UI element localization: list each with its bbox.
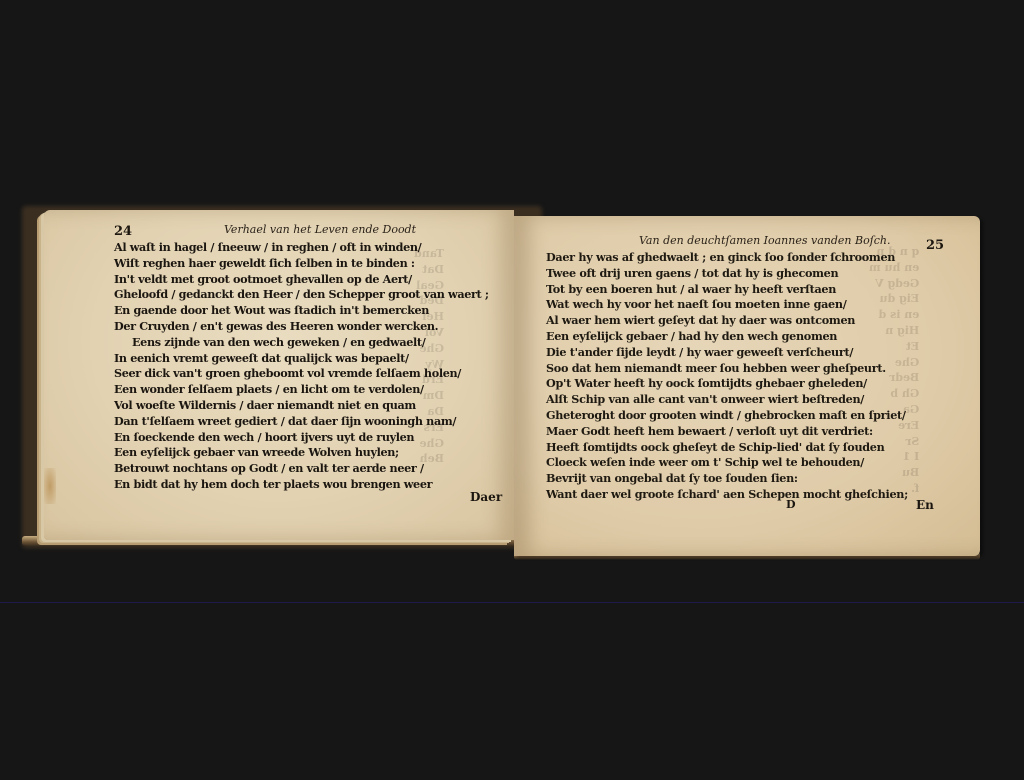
verse-line: Gheteroght door grooten windt / ghebrock… — [546, 408, 908, 424]
verse-line: Betrouwt nochtans op Godt / en valt ter … — [114, 461, 489, 477]
running-head: Van den deuchtſamen Ioannes vanden Boſch… — [639, 234, 891, 247]
verse-line: Daer hy was af ghedwaelt ; en ginck ſoo … — [546, 250, 908, 266]
signature-mark: D — [786, 498, 796, 511]
verse-line: In't veldt met groot ootmoet ghevallen o… — [114, 272, 489, 288]
verse-line: Eens zijnde van den wech geweken / en ge… — [114, 335, 489, 351]
verse-line: Op't Water heeft hy oock ſomtijdts gheba… — [546, 376, 908, 392]
verse-line: Wat wech hy voor het naeſt ſou moeten in… — [546, 297, 908, 313]
verse-line: Heeft ſomtijdts oock gheſeyt de Schip-li… — [546, 440, 908, 456]
left-page: TandDatGealDedHeiVolGheWyErdDmDaErsGheBe… — [44, 210, 514, 540]
verse-block: Al waſt in hagel / ſneeuw / in reghen / … — [114, 240, 489, 493]
open-book: TandDatGealDedHeiVolGheWyErdDmDaErsGheBe… — [22, 200, 984, 562]
verse-line: Al waer hem wiert geſeyt dat hy daer was… — [546, 313, 908, 329]
verse-line: Bevrijt van ongebal dat ſy toe ſouden ſi… — [546, 471, 908, 487]
verse-line: En bidt dat hy hem doch ter plaets wou b… — [114, 477, 489, 493]
page-number: 24 — [114, 224, 132, 239]
verse-line: Cloeck weſen inde weer om t' Schip wel t… — [546, 455, 908, 471]
verse-line: Een wonder ſelſaem plaets / en licht om … — [114, 382, 489, 398]
verse-line: Vol woeſte Wildernis / daer niemandt nie… — [114, 398, 489, 414]
verse-line: Der Cruyden / en't gewas des Heeren wond… — [114, 319, 489, 335]
catchword: Daer — [470, 490, 502, 504]
verse-line: Wiſt reghen haer geweldt ſich ſelben in … — [114, 256, 489, 272]
verse-line: Tot by een boeren hut / al waer hy heeft… — [546, 282, 908, 298]
verse-line: Soo dat hem niemandt meer ſou hebben wee… — [546, 361, 908, 377]
verse-line: Maer Godt heeft hem bewaert / verloſt uy… — [546, 424, 908, 440]
verse-line: Die t'ander ſijde leydt / hy waer geweeſ… — [546, 345, 908, 361]
verse-line: Dan t'ſelſaem wreet gediert / dat daer ſ… — [114, 414, 489, 430]
paper-stain — [44, 468, 56, 504]
running-head: Verhael van het Leven ende Doodt — [224, 223, 416, 236]
verse-block: Daer hy was af ghedwaelt ; en ginck ſoo … — [546, 250, 908, 503]
verse-line: En gaende door het Wout was ſtadich in't… — [114, 303, 489, 319]
catchword: En — [916, 498, 934, 512]
verse-line: Alſt Schip van alle cant van't onweer wi… — [546, 392, 908, 408]
verse-line: Twee oft drij uren gaens / tot dat hy is… — [546, 266, 908, 282]
verse-line: Seer dick van't groen gheboomt vol vremd… — [114, 366, 489, 382]
page-number: 25 — [926, 238, 944, 253]
right-page: q n d nen hu mGedg VEig duen is dHig nEt… — [514, 216, 980, 556]
verse-line: In eenich vremt geweeſt dat qualijck was… — [114, 351, 489, 367]
verse-line: Een eyſelijck gebaer / had hy den wech g… — [546, 329, 908, 345]
verse-line: Een eyſelijck gebaer van wreede Wolven h… — [114, 445, 489, 461]
verse-line: Al waſt in hagel / ſneeuw / in reghen / … — [114, 240, 489, 256]
horizontal-rule — [0, 602, 1024, 603]
verse-line: En ſoeckende den wech / hoort ijvers uyt… — [114, 430, 489, 446]
verse-line: Gheloofd / gedanckt den Heer / den Schep… — [114, 287, 489, 303]
verse-line: Want daer wel groote ſchard' aen Schepen… — [546, 487, 908, 503]
